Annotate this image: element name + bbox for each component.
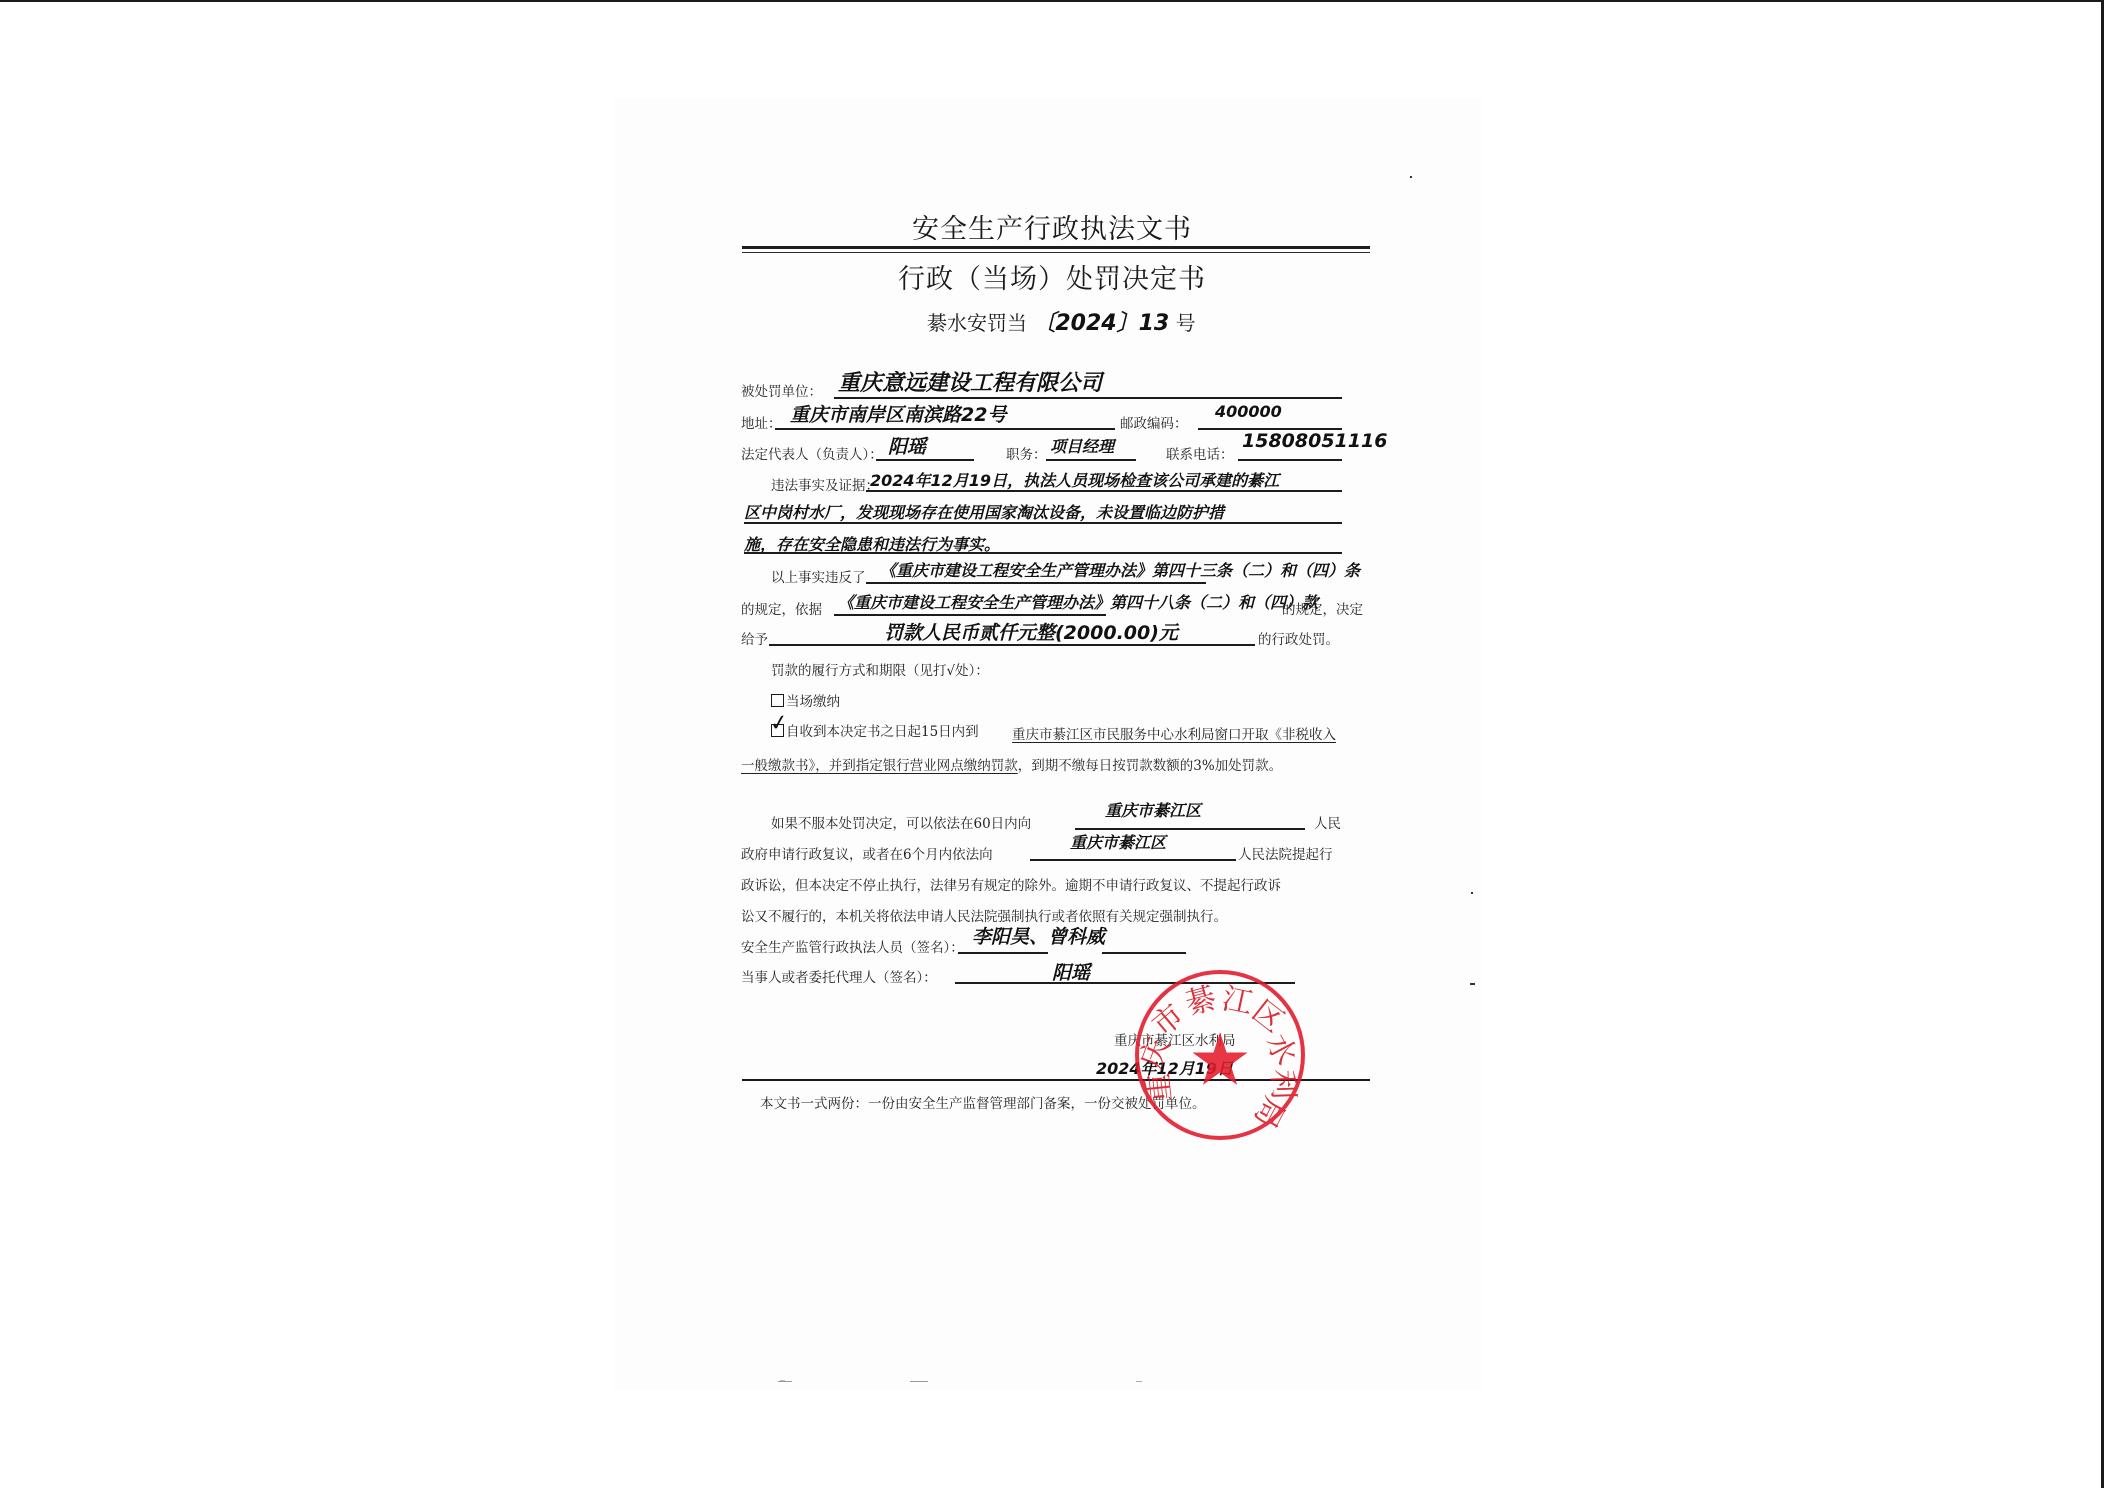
postal-code-value: 400000 bbox=[1215, 402, 1282, 421]
phone-value: 15808051116 bbox=[1242, 430, 1387, 452]
appeal-court-line bbox=[1030, 859, 1236, 861]
payment-heading: 罚款的履行方式和期限（见打√处）： bbox=[771, 659, 989, 679]
appeal-text-1: 如果不服本处罚决定，可以依法在60日内向 bbox=[771, 812, 1031, 832]
address-line bbox=[775, 428, 1115, 430]
appeal-text-2: 人民 bbox=[1314, 812, 1341, 832]
scan-speck bbox=[1471, 892, 1473, 894]
law-violated-value: 《重庆市建设工程安全生产管理办法》第四十三条（二）和（四）条 bbox=[880, 558, 1360, 581]
position-value: 项目经理 bbox=[1050, 434, 1114, 457]
seal-char: 綦 bbox=[1180, 973, 1220, 1023]
legal-rep-value: 阳瑶 bbox=[888, 432, 926, 459]
position-line bbox=[1046, 459, 1136, 461]
header-double-rule-thin bbox=[742, 252, 1370, 253]
facts-underline-2 bbox=[744, 522, 1342, 524]
seal-char: 利 bbox=[1263, 1068, 1308, 1100]
appeal-text-4: 人民法院提起行 bbox=[1238, 843, 1333, 863]
frame-top-border bbox=[0, 0, 2104, 2]
document-number-handwritten: 〔2024〕13 bbox=[1033, 311, 1169, 336]
payment-option-onsite-label: 当场缴纳 bbox=[786, 694, 840, 710]
scan-speck bbox=[1410, 176, 1412, 178]
header-double-rule bbox=[742, 246, 1370, 249]
facts-underline-3 bbox=[744, 552, 1342, 554]
penalized-unit-label: 被处罚单位： bbox=[741, 380, 822, 400]
document-number-prefix: 綦水安罚当 bbox=[927, 311, 1027, 335]
officers-signature: 李阳昊、曾科威 bbox=[972, 922, 1105, 949]
appeal-text-5: 政诉讼，但本决定不停止执行，法律另有规定的除外。逾期不申请行政复议、不提起行政诉 bbox=[741, 874, 1281, 894]
facts-label: 违法事实及证据： bbox=[771, 474, 879, 494]
payment-option-onsite: 当场缴纳 bbox=[771, 690, 840, 710]
payment-location-block: 重庆市綦江区市民服务中心水利局窗口开取《非税收入一般缴款书》，并到指定银行营业网… bbox=[741, 720, 1341, 782]
appeal-court-value: 重庆市綦江区 bbox=[1070, 830, 1166, 853]
official-seal: 市 綦 江 区 水 利 局 庆 重 ★ bbox=[1135, 970, 1305, 1140]
scan-speck bbox=[910, 1381, 928, 1382]
facts-underline-1 bbox=[866, 490, 1342, 492]
seal-char: 重 bbox=[1133, 1071, 1180, 1105]
penalized-unit-value: 重庆意远建设工程有限公司 bbox=[838, 366, 1102, 397]
law-basis-line bbox=[834, 614, 1106, 616]
checkbox-onsite[interactable] bbox=[771, 694, 784, 707]
penalty-tail: 的行政处罚。 bbox=[1258, 628, 1339, 648]
phone-line bbox=[1238, 459, 1342, 461]
postal-code-label: 邮政编码： bbox=[1120, 412, 1188, 432]
officers-signature-line-1 bbox=[958, 952, 1048, 954]
violation-give: 给予 bbox=[741, 628, 768, 648]
document-series-title: 安全生产行政执法文书 bbox=[912, 207, 1192, 246]
party-signature-label: 当事人或者委托代理人（签名）： bbox=[741, 966, 937, 986]
scan-speck bbox=[1136, 1381, 1142, 1382]
penalty-value: 罚款人民币贰仟元整(2000.00)元 bbox=[884, 618, 1178, 645]
position-label: 职务： bbox=[1006, 443, 1047, 463]
legal-rep-line bbox=[876, 459, 974, 461]
law-violated-line bbox=[866, 582, 1206, 584]
officers-signature-line-2 bbox=[1102, 952, 1186, 954]
appeal-text-3: 政府申请行政复议，或者在6个月内依法向 bbox=[741, 843, 993, 863]
document-title: 行政（当场）处罚决定书 bbox=[898, 257, 1206, 296]
scan-speck bbox=[778, 1381, 792, 1382]
address-value: 重庆市南岸区南滨路22号 bbox=[790, 400, 1006, 427]
violation-middle: 的规定，依据 bbox=[741, 598, 822, 618]
penalized-unit-line bbox=[834, 397, 1342, 399]
document-number-suffix: 号 bbox=[1176, 311, 1196, 335]
penalty-line bbox=[769, 644, 1255, 646]
officers-signature-label: 安全生产监管行政执法人员（签名）： bbox=[741, 936, 964, 956]
payment-option-window-tail: ，到期不缴每日按罚款数额的3%加处罚款。 bbox=[1018, 758, 1282, 774]
law-basis-value: 《重庆市建设工程安全生产管理办法》第四十八条（二）和（四）款 bbox=[838, 590, 1318, 613]
scan-speck bbox=[1470, 983, 1475, 985]
appeal-gov-value: 重庆市綦江区 bbox=[1105, 798, 1201, 821]
facts-line-2: 区中岗村水厂，发现现场存在使用国家淘汰设备，未设置临边防护措 bbox=[744, 500, 1224, 523]
violation-tail: 的规定，决定 bbox=[1282, 598, 1363, 618]
star-icon: ★ bbox=[1188, 1023, 1253, 1095]
document-number: 綦水安罚当 〔2024〕13 号 bbox=[927, 306, 1196, 337]
violation-lead: 以上事实违反了 bbox=[771, 566, 866, 586]
facts-line-1: 2024年12月19日，执法人员现场检查该公司承建的綦江 bbox=[870, 468, 1279, 491]
legal-rep-label: 法定代表人（负责人）： bbox=[741, 443, 883, 463]
phone-label: 联系电话： bbox=[1166, 443, 1234, 463]
party-signature: 阳瑶 bbox=[1052, 958, 1090, 985]
